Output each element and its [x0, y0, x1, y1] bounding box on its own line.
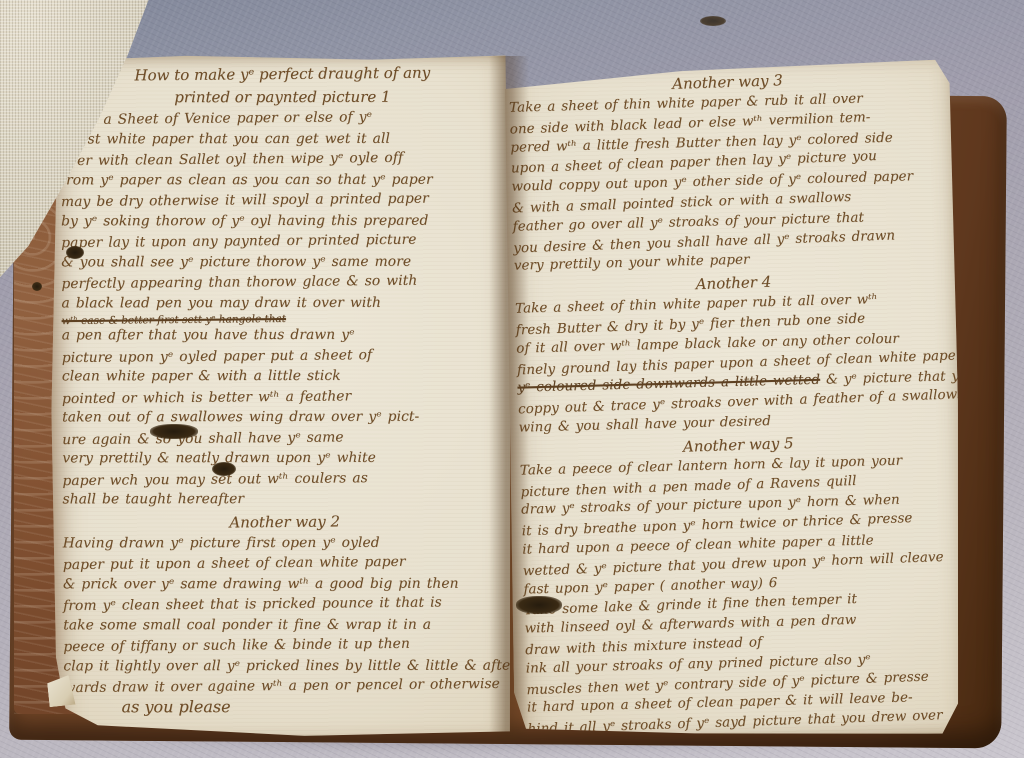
manuscript-line: wards draw it over againe wᵗʰ a pen or p… — [63, 674, 507, 699]
manuscript-line: a black lead pen you may draw it over wi… — [61, 292, 505, 313]
manuscript-line: perfectly appearing than thorow glace & … — [61, 270, 505, 295]
ink-blot — [212, 462, 236, 476]
ink-blot — [516, 596, 562, 614]
manuscript-line: taken out of a swallowes wing draw over … — [62, 407, 506, 428]
manuscript-line: printed or paynted picture 1 — [60, 86, 504, 109]
right-page-text: Another way 3Take a sheet of thin white … — [508, 64, 965, 740]
manuscript-line: peece of tiffany or such like & binde it… — [63, 633, 507, 658]
manuscript-line: from yᵉ clean sheet that is pricked poun… — [63, 592, 507, 617]
manuscript-line: TAKe a Sheet of Venice paper or else of … — [60, 106, 504, 131]
manuscript-line: picture upon yᵉ oyled paper put a sheet … — [62, 343, 506, 368]
manuscript-line: & you shall see yᵉ picture thorow yᵉ sam… — [61, 251, 505, 272]
ink-speck — [32, 282, 42, 291]
manuscript-line: clap it lightly over all yᵉ pricked line… — [63, 655, 507, 676]
manuscript-line: a pen after that you have thus drawn yᵉ — [62, 325, 506, 346]
manuscript-line: Another way 2 — [63, 508, 507, 534]
manuscript-line: Having drawn yᵉ picture first open yᵉ oy… — [63, 532, 507, 553]
left-page-text: How to make yᵉ perfect draught of anypri… — [60, 61, 507, 717]
manuscript-line: may be dry otherwise it will spoyl a pri… — [61, 188, 505, 213]
manuscript-line: pointed or which is better wᵗʰ a feather — [62, 384, 506, 409]
right-manuscript-page: Another way 3Take a sheet of thin white … — [501, 59, 965, 746]
manuscript-line: from yᵉ paper as clean as you can so tha… — [61, 169, 505, 190]
manuscript-line: finest white paper that you can get wet … — [61, 128, 505, 149]
manuscript-line: & prick over yᵉ same drawing wᵗʰ a good … — [63, 573, 507, 594]
manuscript-line: shall be taught hereafter — [63, 489, 507, 510]
manuscript-line: very prettily & neatly drawn upon yᵉ whi… — [62, 448, 506, 469]
manuscript-line: by yᵉ soking thorow of yᵉ oyl having thi… — [61, 210, 505, 231]
left-manuscript-page: How to make yᵉ perfect draught of anypri… — [48, 53, 512, 739]
manuscript-line: paper put it upon a sheet of clean white… — [63, 551, 507, 576]
manuscript-line: paper wch you may set out wᵗʰ coulers as — [62, 466, 506, 491]
manuscript-line: take some small coal ponder it fine & wr… — [63, 614, 507, 635]
ink-blot — [66, 246, 84, 259]
ink-blot — [700, 16, 726, 26]
manuscript-line: paper lay it upon any paynted or printed… — [61, 229, 505, 254]
manuscript-line: clean white paper & with a little stick — [62, 366, 506, 387]
ink-blot — [150, 424, 198, 439]
manuscript-line: as you please — [64, 696, 508, 716]
manuscript-photo: How to make yᵉ perfect draught of anypri… — [0, 0, 1024, 758]
manuscript-line: over with clean Sallet oyl then wipe yᵉ … — [61, 147, 505, 172]
manuscript-line: How to make yᵉ perfect draught of any — [60, 61, 504, 87]
book-gutter-shadow — [489, 56, 529, 740]
manuscript-line: ure again & so you shall have yᵉ same — [62, 425, 506, 450]
